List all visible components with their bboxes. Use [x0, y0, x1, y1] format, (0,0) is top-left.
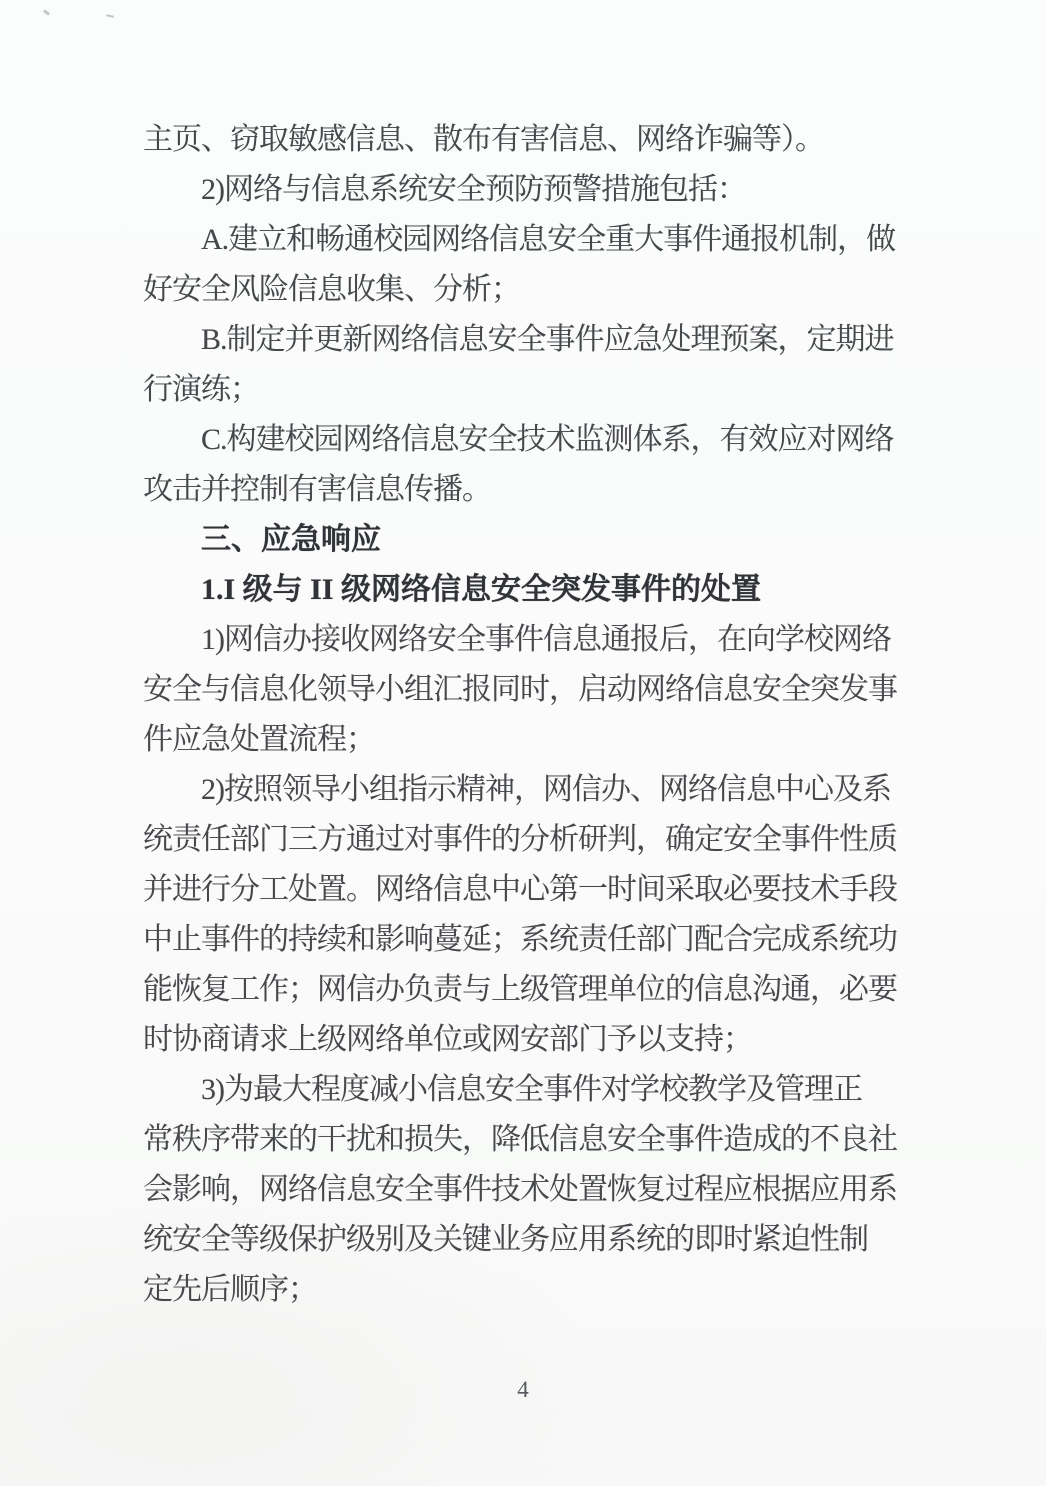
body-text-line: 并进行分工处置。网络信息中心第一时间采取必要技术手段 [143, 865, 907, 915]
scan-speck [43, 9, 50, 16]
body-text-line: 件应急处置流程； [143, 715, 907, 765]
section-heading: 1.I 级与 II 级网络信息安全突发事件的处置 [143, 565, 907, 615]
body-text-line: 2)按照领导小组指示精神，网信办、网络信息中心及系 [143, 765, 907, 815]
body-text-line: C.构建校园网络信息安全技术监测体系，有效应对网络 [143, 415, 907, 465]
section-heading: 三、应急响应 [143, 515, 907, 565]
body-text-line: 能恢复工作；网信办负责与上级管理单位的信息沟通，必要 [143, 965, 907, 1015]
scanned-document-page: 主页、窃取敏感信息、散布有害信息、网络诈骗等）。2)网络与信息系统安全预防预警措… [0, 0, 1046, 1486]
body-text-line: 统安全等级保护级别及关键业务应用系统的即时紧迫性制 [143, 1215, 907, 1265]
body-text-line: A.建立和畅通校园网络信息安全重大事件通报机制，做 [143, 215, 907, 265]
body-text-line: 安全与信息化领导小组汇报同时，启动网络信息安全突发事 [143, 665, 907, 715]
body-text-line: 3)为最大程度减小信息安全事件对学校教学及管理正 [143, 1065, 907, 1115]
body-text-line: 主页、窃取敏感信息、散布有害信息、网络诈骗等）。 [143, 115, 907, 165]
body-text-line: 常秩序带来的干扰和损失，降低信息安全事件造成的不良社 [143, 1115, 907, 1165]
body-text-line: B.制定并更新网络信息安全事件应急处理预案，定期进 [143, 315, 907, 365]
body-text-line: 时协商请求上级网络单位或网安部门予以支持； [143, 1015, 907, 1065]
body-text-line: 会影响，网络信息安全事件技术处置恢复过程应根据应用系 [143, 1165, 907, 1215]
body-text-line: 1)网信办接收网络安全事件信息通报后，在向学校网络 [143, 615, 907, 665]
body-text-line: 2)网络与信息系统安全预防预警措施包括： [143, 165, 907, 215]
page-number: 4 [0, 1376, 1046, 1404]
body-text-line: 好安全风险信息收集、分析； [143, 265, 907, 315]
document-body: 主页、窃取敏感信息、散布有害信息、网络诈骗等）。2)网络与信息系统安全预防预警措… [143, 115, 907, 1315]
body-text-line: 攻击并控制有害信息传播。 [143, 465, 907, 515]
body-text-line: 定先后顺序； [143, 1265, 907, 1315]
body-text-line: 统责任部门三方通过对事件的分析研判，确定安全事件性质 [143, 815, 907, 865]
body-text-line: 行演练； [143, 365, 907, 415]
body-text-line: 中止事件的持续和影响蔓延；系统责任部门配合完成系统功 [143, 915, 907, 965]
scan-speck [106, 14, 114, 18]
